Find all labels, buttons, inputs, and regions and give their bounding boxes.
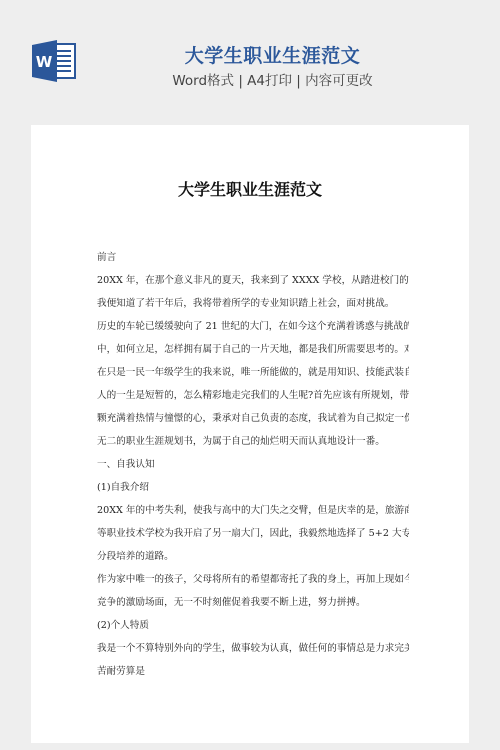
header-subtitle: Word格式 | A4打印 | 内容可更改 [150,72,395,90]
paragraph-line: 20XX 年的中考失利，使我与高中的大门失之交臂，但是庆幸的是，旅游商贸高 [97,504,409,527]
subsection-heading-personal-traits: (2)个人特质 [97,619,409,642]
word-icon: W [31,40,77,82]
paragraph-line: 竞争的激励场面，无一不时刻催促着我要不断上进，努力拼搏。 [97,596,409,619]
header-title: 大学生职业生涯范文 [150,44,395,68]
paragraph-line: 在只是一民一年级学生的我来说，唯一所能做的，就是用知识、技能武装自己。 [97,366,409,389]
section-heading-self-awareness: 一、自我认知 [97,458,409,481]
document-page: 大学生职业生涯范文 前言 20XX 年，在那个意义非凡的夏天，我来到了 XXXX… [31,125,469,743]
subsection-heading-self-intro: (1)自我介绍 [97,481,409,504]
paragraph-line: 人的一生是短暂的，怎么精彩地走完我们的人生呢?首先应该有所规划，带着一 [97,389,409,412]
paragraph-line: 20XX 年，在那个意义非凡的夏天，我来到了 XXXX 学校，从踏进校门的那一刻… [97,274,409,297]
section-heading-preface: 前言 [97,251,409,274]
paragraph-line: 分段培养的道路。 [97,550,409,573]
paragraph-line: 无二的职业生涯规划书，为属于自己的灿烂明天而认真地设计一番。 [97,435,409,458]
paragraph-line: 我是一个不算特别外向的学生，做事较为认真，做任何的事情总是力求完美。吃 [97,642,409,665]
paragraph-line: 颗充满着热情与憧憬的心，秉承对自己负责的态度，我试着为自己拟定一份独一 [97,412,409,435]
paragraph-line: 中，如何立足，怎样拥有属于自己的一片天地，都是我们所需要思考的。对于现 [97,343,409,366]
svg-text:W: W [36,53,53,71]
paragraph-line: 苦耐劳算是 [97,665,409,688]
header: W 大学生职业生涯范文 Word格式 | A4打印 | 内容可更改 [0,0,500,125]
paragraph-line: 作为家中唯一的孩子，父母将所有的希望都寄托了我的身上，再加上现如今社会 [97,573,409,596]
document-title: 大学生职业生涯范文 [31,180,469,200]
paragraph-line: 历史的车轮已缓缓驶向了 21 世纪的大门，在如今这个充满着诱惑与挑战的社会 [97,320,409,343]
paragraph-line: 等职业技术学校为我开启了另一扇大门，因此，我毅然地选择了 5+2 大专+本科 [97,527,409,550]
paragraph-line: 我便知道了若干年后，我将带着所学的专业知识踏上社会，面对挑战。 [97,297,409,320]
document-body: 前言 20XX 年，在那个意义非凡的夏天，我来到了 XXXX 学校，从踏进校门的… [97,251,409,688]
